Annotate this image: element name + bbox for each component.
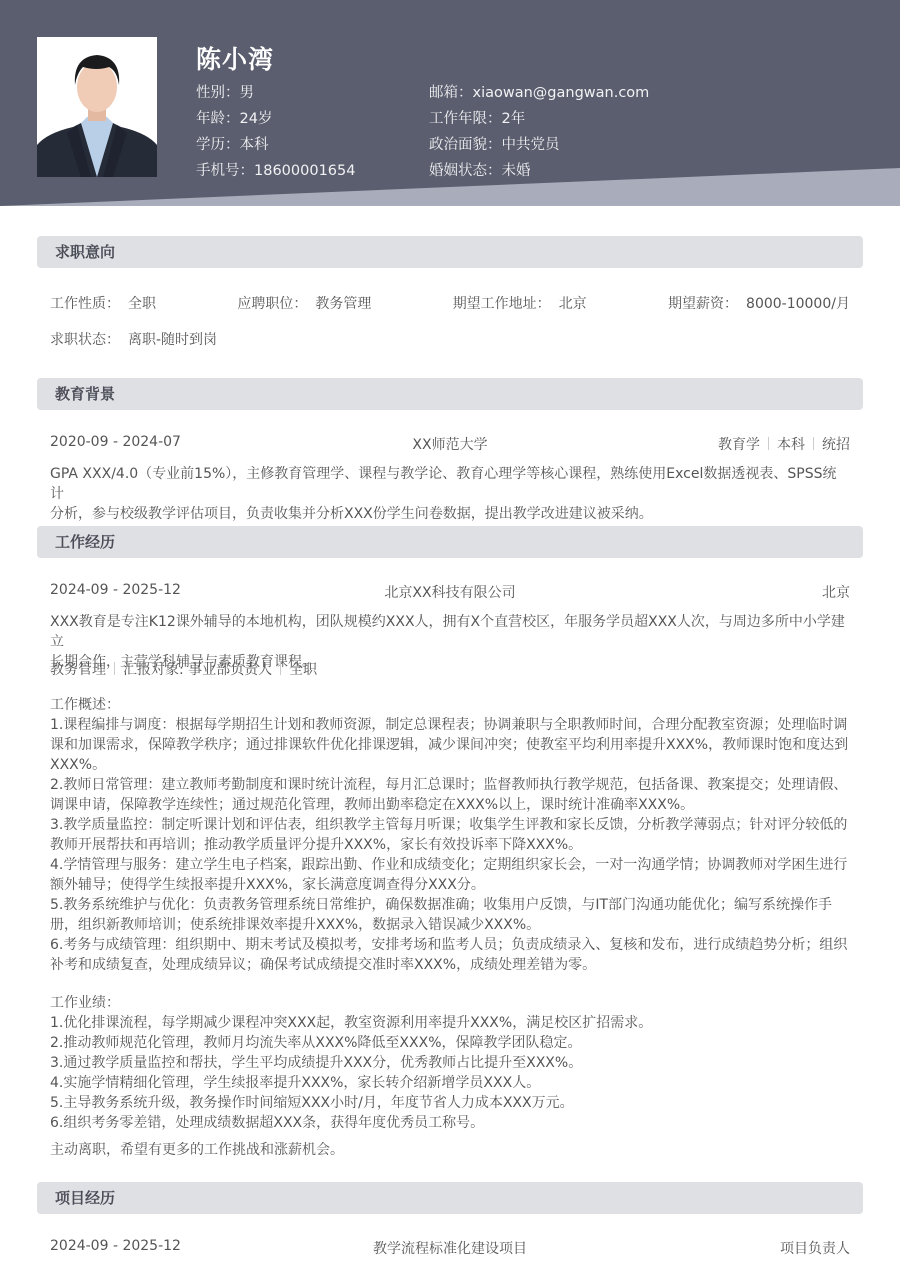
divider: [813, 437, 814, 450]
text-line: XXX教育是专注K12课外辅导的本地机构，团队规模约XXX人，拥有X个直营校区，…: [50, 612, 850, 652]
intent-value: 8000-10000/月: [746, 296, 850, 312]
achievements-title: 工作业绩：: [50, 993, 850, 1013]
info-value: 2年: [502, 111, 526, 127]
education-tags: 教育学本科统招: [718, 434, 850, 454]
info-label: 政治面貌：: [429, 137, 502, 153]
text-line: 1.优化排课流程，每学期减少课程冲突XXX起，教室资源利用率提升XXX%，满足校…: [50, 1013, 850, 1033]
intent-label: 求职状态：: [50, 332, 120, 348]
text-line: 3.教学质量监控：制定听课计划和评估表，组织教学主管每月听课；收集学生评教和家长…: [50, 815, 850, 835]
project-role: 项目负责人: [780, 1238, 850, 1258]
info-value: 中共党员: [502, 137, 560, 153]
project-entry-header: 2024-09 - 2025-12 教学流程标准化建设项目 项目负责人: [50, 1238, 850, 1258]
education-enrollment: 统招: [822, 437, 850, 453]
info-label: 手机号：: [196, 163, 254, 179]
intent-position: 应聘职位：教务管理: [237, 293, 371, 313]
work-type: 全职: [289, 662, 317, 678]
info-label: 年龄：: [196, 111, 240, 127]
text-line: 额外辅导；使得学生续报率提升XXX%，家长满意度调查得分XXX分。: [50, 875, 850, 895]
info-label: 婚姻状态：: [429, 163, 502, 179]
text-line: 调课申请，保障教学连续性；通过规范化管理，教师出勤率稳定在XXX%以上，课时统计…: [50, 795, 850, 815]
section-title-work: 工作经历: [37, 526, 863, 558]
info-value: xiaowan@gangwan.com: [473, 85, 650, 101]
education-major: 教育学: [718, 437, 760, 453]
job-status-row: 求职状态：离职-随时到岗: [50, 329, 850, 349]
work-report-to: 汇报对象: 事业部负责人: [123, 662, 272, 678]
intent-value: 北京: [559, 296, 587, 312]
text-line: 补考和成绩复查，处理成绩异议；确保考试成绩提交准时率XXX%，成绩处理差错为零。: [50, 955, 850, 975]
work-location: 北京: [822, 582, 850, 602]
intent-value: 全职: [128, 296, 156, 312]
intent-label: 期望薪资：: [668, 296, 738, 312]
info-work-years: 工作年限：2年: [429, 108, 649, 134]
info-education: 学历：本科: [196, 134, 355, 160]
education-degree: 本科: [777, 437, 805, 453]
work-tags: 教务管理汇报对象: 事业部负责人全职: [50, 660, 850, 680]
intent-job-type: 工作性质：全职: [50, 293, 156, 313]
section-title-education: 教育背景: [37, 378, 863, 410]
text-line: 教师开展帮扶和再培训；推动教学质量评分提升XXX%，家长有效投诉率下降XXX%。: [50, 835, 850, 855]
leave-reason: 主动离职，希望有更多的工作挑战和涨薪机会。: [50, 1140, 850, 1160]
section-title-project: 项目经历: [37, 1182, 863, 1214]
divider: [280, 662, 281, 675]
text-line: 2.教师日常管理：建立教师考勤制度和课时统计流程，每月汇总课时；监督教师执行教学…: [50, 775, 850, 795]
intent-label: 工作性质：: [50, 296, 120, 312]
text-line: 1.课程编排与调度：根据每学期招生计划和教师资源，制定总课程表；协调兼职与全职教…: [50, 715, 850, 735]
text-line: 5.教务系统维护与优化：负责教务管理系统日常维护，确保数据准确；收集用户反馈，与…: [50, 895, 850, 915]
intent-value: 教务管理: [315, 296, 371, 312]
info-label: 性别：: [196, 85, 240, 101]
info-value: 18600001654: [254, 163, 355, 179]
work-achievements: 工作业绩： 1.优化排课流程，每学期减少课程冲突XXX起，教室资源利用率提升XX…: [50, 993, 850, 1133]
text-line: 6.组织考务零差错，处理成绩数据超XXX条，获得年度优秀员工称号。: [50, 1113, 850, 1133]
info-label: 工作年限：: [429, 111, 502, 127]
text-line: 分析，参与校级教学评估项目，负责收集并分析XXX份学生问卷数据，提出教学改进建议…: [50, 504, 850, 524]
info-marital-status: 婚姻状态：未婚: [429, 160, 649, 186]
work-overview: 工作概述： 1.课程编排与调度：根据每学期招生计划和教师资源，制定总课程表；协调…: [50, 695, 850, 975]
work-company: 北京XX科技有限公司: [50, 582, 850, 602]
text-line: 6.考务与成绩管理：组织期中、期末考试及模拟考，安排考场和监考人员；负责成绩录入…: [50, 935, 850, 955]
education-description: GPA XXX/4.0（专业前15%），主修教育管理学、课程与教学论、教育心理学…: [50, 464, 850, 524]
section-title-job-intent: 求职意向: [37, 236, 863, 268]
text-line: 课和加课需求，保障教学秩序；通过排课软件优化排课逻辑，减少课间冲突；使教室平均利…: [50, 735, 850, 755]
info-gender: 性别：男: [196, 82, 355, 108]
basic-info-right: 邮箱：xiaowan@gangwan.com 工作年限：2年 政治面貌：中共党员…: [429, 82, 649, 186]
info-label: 邮箱：: [429, 85, 473, 101]
job-intent-row: 工作性质：全职 应聘职位：教务管理 期望工作地址：北京 期望薪资：8000-10…: [50, 293, 850, 313]
text-line: GPA XXX/4.0（专业前15%），主修教育管理学、课程与教学论、教育心理学…: [50, 464, 850, 504]
info-value: 未婚: [502, 163, 531, 179]
text-line: 3.通过教学质量监控和帮扶，学生平均成绩提升XXX分，优秀教师占比提升至XXX%…: [50, 1053, 850, 1073]
intent-value: 离职-随时到岗: [128, 332, 217, 348]
info-value: 男: [240, 85, 255, 101]
info-age: 年龄：24岁: [196, 108, 355, 134]
info-phone: 手机号：18600001654: [196, 160, 355, 186]
text-line: XXX%。: [50, 755, 850, 775]
divider: [114, 662, 115, 675]
intent-salary: 期望薪资：8000-10000/月: [668, 293, 850, 313]
overview-title: 工作概述：: [50, 695, 850, 715]
text-line: 2.推动教师规范化管理，教师月均流失率从XXX%降低至XXX%，保障教学团队稳定…: [50, 1033, 850, 1053]
basic-info-left: 性别：男 年龄：24岁 学历：本科 手机号：18600001654: [196, 82, 355, 186]
info-email: 邮箱：xiaowan@gangwan.com: [429, 82, 649, 108]
project-name: 教学流程标准化建设项目: [50, 1238, 850, 1258]
work-entry-header: 2024-09 - 2025-12 北京XX科技有限公司 北京: [50, 582, 850, 602]
text-line: 4.学情管理与服务：建立学生电子档案，跟踪出勤、作业和成绩变化；定期组织家长会，…: [50, 855, 850, 875]
intent-status: 求职状态：离职-随时到岗: [50, 329, 217, 349]
candidate-name: 陈小湾: [196, 40, 274, 76]
intent-label: 应聘职位：: [237, 296, 307, 312]
divider: [768, 437, 769, 450]
text-line: 4.实施学情精细化管理，学生续报率提升XXX%，家长转介绍新增学员XXX人。: [50, 1073, 850, 1093]
portrait-image: [37, 37, 157, 177]
intent-location: 期望工作地址：北京: [453, 293, 587, 313]
info-value: 本科: [240, 137, 269, 153]
profile-photo: [37, 37, 157, 177]
info-value: 24岁: [240, 111, 273, 127]
text-line: 5.主导教务系统升级，教务操作时间缩短XXX小时/月，年度节省人力成本XXX万元…: [50, 1093, 850, 1113]
text-line: 册，组织新教师培训；使系统排课效率提升XXX%，数据录入错误减少XXX%。: [50, 915, 850, 935]
resume-header: 陈小湾 性别：男 年龄：24岁 学历：本科 手机号：18600001654 邮箱…: [0, 0, 900, 206]
education-entry-header: 2020-09 - 2024-07 XX师范大学 教育学本科统招: [50, 434, 850, 454]
info-political-status: 政治面貌：中共党员: [429, 134, 649, 160]
info-label: 学历：: [196, 137, 240, 153]
work-role: 教务管理: [50, 662, 106, 678]
intent-label: 期望工作地址：: [453, 296, 551, 312]
